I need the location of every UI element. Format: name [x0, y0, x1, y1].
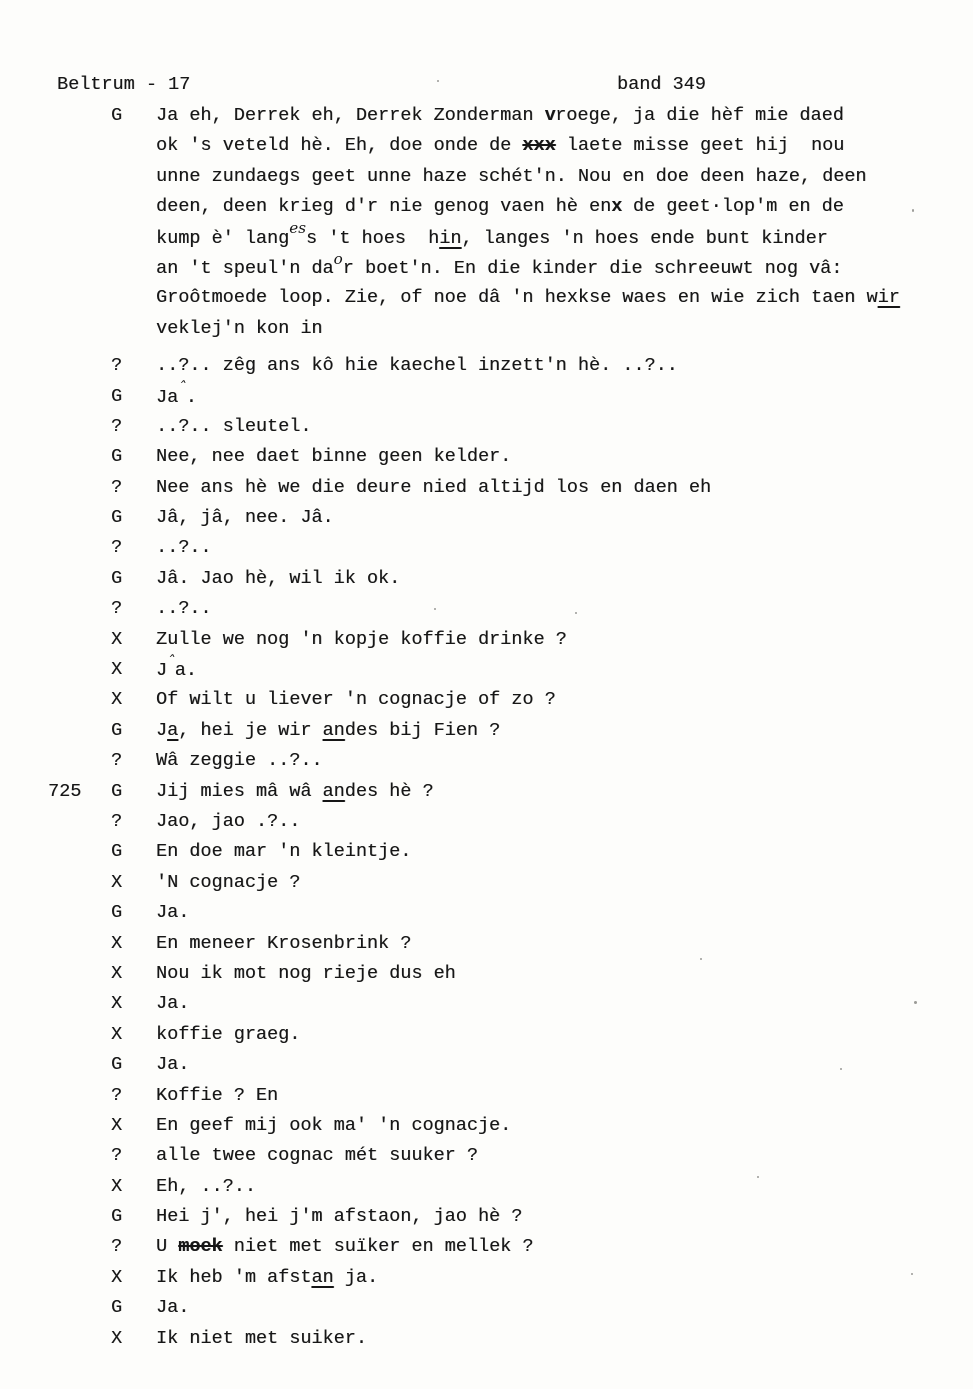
transcript-line: XNou ik mot nog rieje dus eh	[0, 959, 973, 989]
line-text: Jij mies mâ wâ andes hè ?	[156, 777, 434, 807]
line-text: Of wilt u liever 'n cognacje of zo ?	[156, 685, 556, 715]
line-text: an 't speul'n daor boet'n. En die kinder…	[156, 253, 842, 284]
transcript-line: GJaˆ.	[0, 382, 973, 412]
transcript-line: GJa, hei je wir andes bij Fien ?	[0, 716, 973, 746]
scan-speck	[840, 1068, 842, 1070]
scan-speck	[434, 608, 436, 610]
underlined-text: ir	[878, 287, 900, 308]
transcript-line: XZulle we nog 'n kopje koffie drinke ?	[0, 625, 973, 655]
transcript-line: XEn meneer Krosenbrink ?	[0, 929, 973, 959]
line-text: Jâ, jâ, nee. Jâ.	[156, 503, 334, 533]
line-text: En doe mar 'n kleintje.	[156, 837, 411, 867]
speaker-label: G	[111, 1293, 122, 1323]
transcript-line: ?Koffie ? En	[0, 1081, 973, 1111]
underlined-text: an	[323, 781, 345, 802]
line-text: Wâ zeggie ..?..	[156, 746, 323, 776]
handwritten-insertion: o	[334, 250, 343, 268]
line-text: ..?.. zêg ans kô hie kaechel inzett'n hè…	[156, 351, 678, 381]
speaker-label: G	[111, 564, 122, 594]
transcript-line: ?..?..	[0, 533, 973, 563]
speaker-label: G	[111, 442, 122, 472]
transcript-line: GJâ, jâ, nee. Jâ.	[0, 503, 973, 533]
transcript-line: veklej'n kon in	[0, 314, 973, 344]
transcript-line: GJâ. Jao hè, wil ik ok.	[0, 564, 973, 594]
speaker-label: ?	[111, 746, 122, 776]
speaker-label: X	[111, 959, 122, 989]
transcript-line: XEn geef mij ook ma' 'n cognacje.	[0, 1111, 973, 1141]
transcript-line: 725GJij mies mâ wâ andes hè ?	[0, 777, 973, 807]
line-text: unne zundaegs geet unne haze schét'n. No…	[156, 162, 867, 192]
transcript-line: ?alle twee cognac mét suuker ?	[0, 1141, 973, 1171]
line-text: Jao, jao .?..	[156, 807, 300, 837]
speaker-label: ?	[111, 533, 122, 563]
line-text: Ja.	[156, 898, 189, 928]
speaker-label: G	[111, 382, 122, 412]
underlined-text: an	[311, 1267, 333, 1288]
transcript-line: XJa.	[0, 989, 973, 1019]
line-text: En geef mij ook ma' 'n cognacje.	[156, 1111, 511, 1141]
transcript-line: GJa.	[0, 1050, 973, 1080]
scan-speck	[912, 209, 914, 212]
line-text: deen, deen krieg d'r nie genog vaen hè e…	[156, 192, 844, 222]
transcript-line: ?..?.. sleutel.	[0, 412, 973, 442]
transcript-line: ok 's veteld hè. Eh, doe onde de xxx lae…	[0, 131, 973, 161]
underlined-text: in	[439, 228, 461, 249]
overstruck-word: xxx	[522, 135, 555, 156]
handwritten-insertion: ˆ	[167, 652, 175, 670]
speaker-label: G	[111, 503, 122, 533]
speaker-label: X	[111, 989, 122, 1019]
scan-speck	[914, 1001, 917, 1004]
transcript-line: ?Jao, jao .?..	[0, 807, 973, 837]
line-text: ..?..	[156, 594, 212, 624]
speaker-label: ?	[111, 594, 122, 624]
transcript-line: XJˆa.	[0, 655, 973, 685]
transcript-line: XOf wilt u liever 'n cognacje of zo ?	[0, 685, 973, 715]
transcript-line: Xkoffie graeg.	[0, 1020, 973, 1050]
transcript-line: ?Wâ zeggie ..?..	[0, 746, 973, 776]
speaker-label: G	[111, 837, 122, 867]
line-text: ..?.. sleutel.	[156, 412, 311, 442]
line-text: Nee, nee daet binne geen kelder.	[156, 442, 511, 472]
transcript-line: unne zundaegs geet unne haze schét'n. No…	[0, 162, 973, 192]
speaker-label: G	[111, 101, 122, 131]
speaker-label: X	[111, 929, 122, 959]
transcript-line: Groôtmoede loop. Zie, of noe dâ 'n hexks…	[0, 283, 973, 313]
scan-speck	[575, 612, 577, 614]
speaker-label: X	[111, 625, 122, 655]
line-text: Jˆa.	[156, 655, 197, 686]
speaker-label: X	[111, 1324, 122, 1354]
transcript-line: ?U moek niet met suïker en mellek ?	[0, 1232, 973, 1262]
underlined-text: an	[323, 720, 345, 741]
scan-speck	[437, 80, 439, 82]
speaker-label: G	[111, 1050, 122, 1080]
line-text: En meneer Krosenbrink ?	[156, 929, 411, 959]
line-text: Eh, ..?..	[156, 1172, 256, 1202]
transcript-line: ?Nee ans hè we die deure nied altijd los…	[0, 473, 973, 503]
speaker-label: ?	[111, 1141, 122, 1171]
transcript-line: kump è' langess 't hoes hin, langes 'n h…	[0, 223, 973, 253]
speaker-label: X	[111, 1263, 122, 1293]
speaker-label: G	[111, 1202, 122, 1232]
scan-speck	[911, 1273, 913, 1275]
transcript-line: XIk heb 'm afstan ja.	[0, 1263, 973, 1293]
speaker-label: ?	[111, 1232, 122, 1262]
speaker-label: G	[111, 898, 122, 928]
speaker-label: ?	[111, 473, 122, 503]
line-text: alle twee cognac mét suuker ?	[156, 1141, 478, 1171]
speaker-label: X	[111, 868, 122, 898]
overtyped-letter: x	[611, 196, 622, 217]
line-text: koffie graeg.	[156, 1020, 300, 1050]
line-text: Koffie ? En	[156, 1081, 278, 1111]
transcript-line: an 't speul'n daor boet'n. En die kinder…	[0, 253, 973, 283]
line-text: kump è' langess 't hoes hin, langes 'n h…	[156, 223, 828, 254]
line-text: Zulle we nog 'n kopje koffie drinke ?	[156, 625, 567, 655]
transcript-line: ?..?..	[0, 594, 973, 624]
overtyped-letter: v	[545, 105, 556, 126]
transcript-line: GJa eh, Derrek eh, Derrek Zonderman vroe…	[0, 101, 973, 131]
document-page: Beltrum - 17 band 349 GJa eh, Derrek eh,…	[0, 0, 973, 1389]
speaker-label: ?	[111, 412, 122, 442]
line-text: U moek niet met suïker en mellek ?	[156, 1232, 534, 1262]
speaker-label: G	[111, 777, 122, 807]
line-text: Ja.	[156, 989, 189, 1019]
transcript-line: deen, deen krieg d'r nie genog vaen hè e…	[0, 192, 973, 222]
line-text: Jâ. Jao hè, wil ik ok.	[156, 564, 400, 594]
speaker-label: G	[111, 716, 122, 746]
speaker-label: ?	[111, 351, 122, 381]
margin-line-number: 725	[48, 777, 81, 807]
line-text: veklej'n kon in	[156, 314, 323, 344]
line-text: Ja eh, Derrek eh, Derrek Zonderman vroeg…	[156, 101, 844, 131]
transcript-line: GJa.	[0, 898, 973, 928]
line-text: Ja.	[156, 1293, 189, 1323]
line-text: 'N cognacje ?	[156, 868, 300, 898]
line-text: Hei j', hei j'm afstaon, jao hè ?	[156, 1202, 522, 1232]
line-text: Ik niet met suiker.	[156, 1324, 367, 1354]
speaker-label: X	[111, 1111, 122, 1141]
transcript-line: ?..?.. zêg ans kô hie kaechel inzett'n h…	[0, 351, 973, 381]
handwritten-insertion: ˆ	[178, 378, 186, 396]
speaker-label: X	[111, 1172, 122, 1202]
speaker-label: X	[111, 685, 122, 715]
line-text: Ja.	[156, 1050, 189, 1080]
transcript-line: GHei j', hei j'm afstaon, jao hè ?	[0, 1202, 973, 1232]
line-text: ok 's veteld hè. Eh, doe onde de xxx lae…	[156, 131, 844, 161]
line-text: Nee ans hè we die deure nied altijd los …	[156, 473, 711, 503]
transcript-line: GNee, nee daet binne geen kelder.	[0, 442, 973, 472]
scan-speck	[757, 1176, 759, 1178]
transcript: GJa eh, Derrek eh, Derrek Zonderman vroe…	[0, 101, 973, 1354]
scan-speck	[700, 958, 702, 960]
overstruck-word: moek	[178, 1236, 222, 1257]
document-title: Beltrum - 17	[57, 74, 190, 95]
line-text: Jaˆ.	[156, 382, 197, 413]
speaker-label: X	[111, 1020, 122, 1050]
transcript-line: GJa.	[0, 1293, 973, 1323]
transcript-line: X'N cognacje ?	[0, 868, 973, 898]
line-text: ..?..	[156, 533, 212, 563]
band-number: band 349	[617, 74, 706, 95]
line-text: Nou ik mot nog rieje dus eh	[156, 959, 456, 989]
speaker-label: X	[111, 655, 122, 685]
speaker-label: ?	[111, 1081, 122, 1111]
transcript-line: GEn doe mar 'n kleintje.	[0, 837, 973, 867]
transcript-line: XIk niet met suiker.	[0, 1324, 973, 1354]
handwritten-insertion: es	[289, 219, 306, 237]
transcript-line: XEh, ..?..	[0, 1172, 973, 1202]
speaker-label: ?	[111, 807, 122, 837]
line-text: Ja, hei je wir andes bij Fien ?	[156, 716, 500, 746]
line-text: Ik heb 'm afstan ja.	[156, 1263, 378, 1293]
line-text: Groôtmoede loop. Zie, of noe dâ 'n hexks…	[156, 283, 900, 313]
underlined-text: a	[167, 720, 178, 741]
